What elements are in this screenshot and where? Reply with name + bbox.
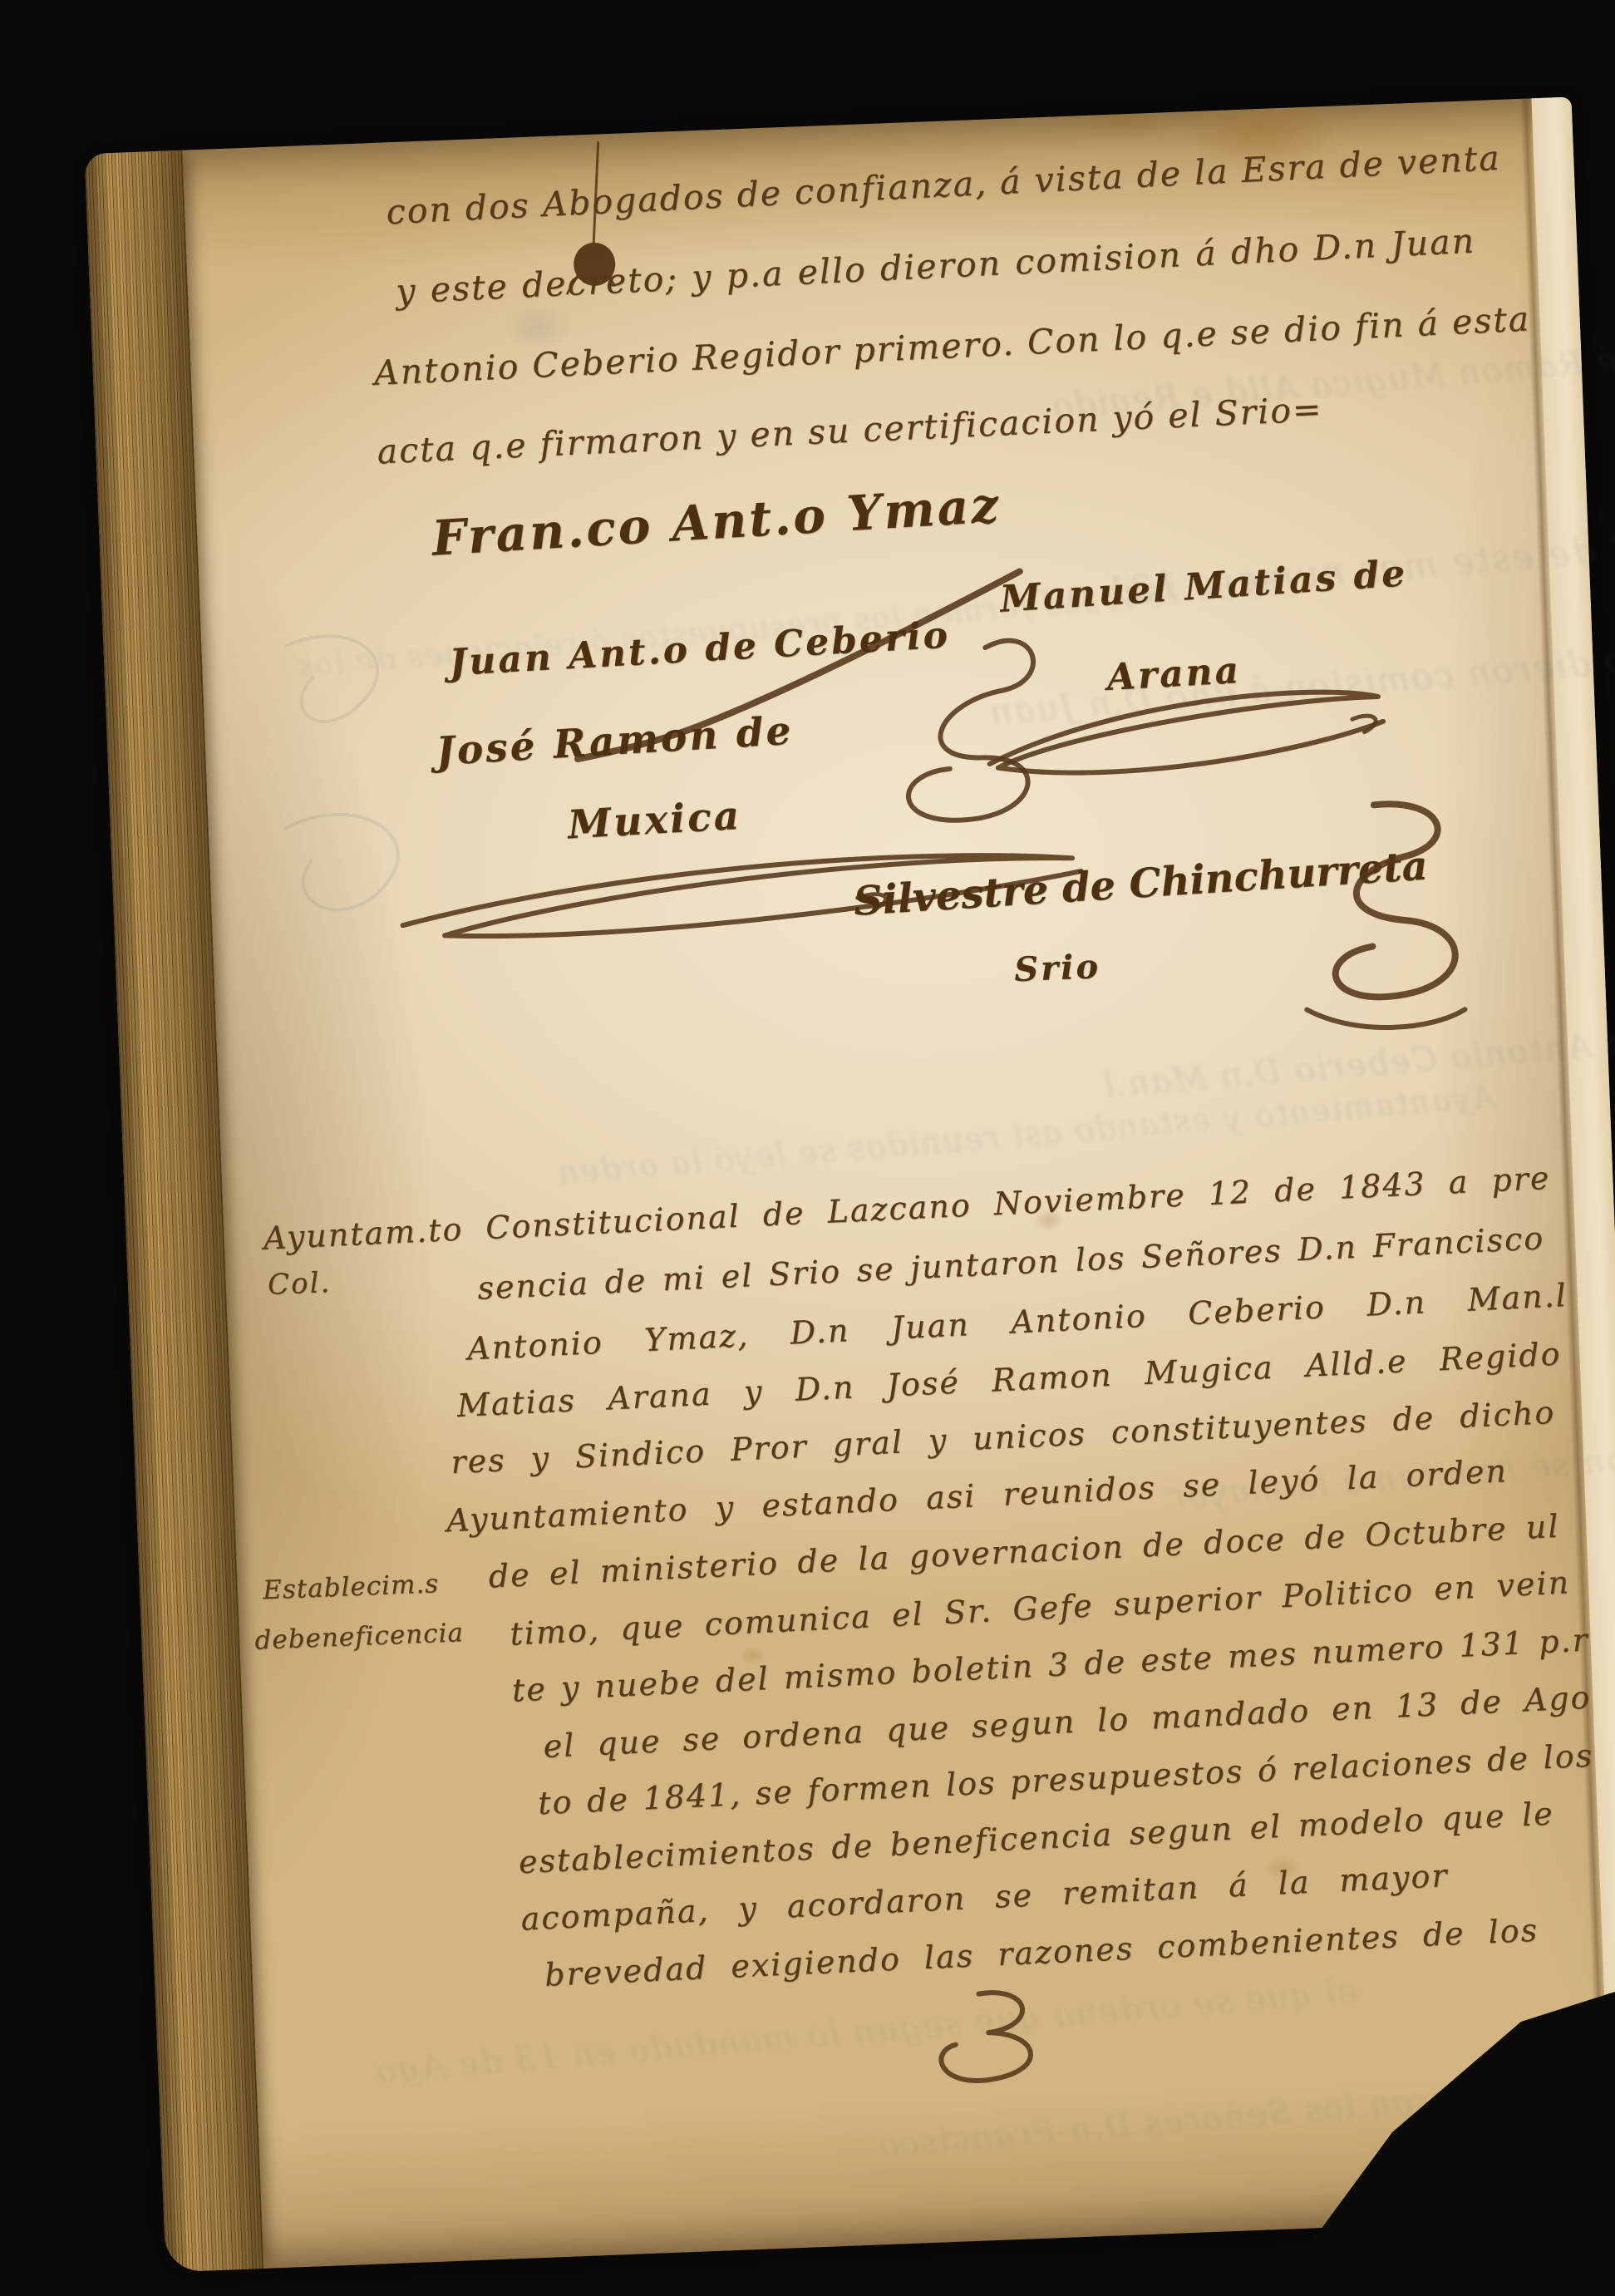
- signature-chinchurreta-title: Srio: [1013, 948, 1100, 988]
- signature-ymaz: Fran.co Ant.o Ymaz: [431, 479, 1002, 565]
- photo-background: { "page": { "description": "Handwritten …: [0, 0, 1615, 2296]
- book-fore-edge: [85, 150, 264, 2273]
- margin-note-col: Col.: [267, 1268, 332, 1301]
- closing-line: Antonio Ceberio Regidor primero. Con lo …: [373, 303, 1480, 392]
- signature-arana-line1: Manuel Matias de: [999, 554, 1409, 620]
- margin-note-establecimiento-line2: debeneficencia: [254, 1619, 465, 1655]
- closing-line: acta q.e firmaron y en su certificacion …: [377, 396, 1209, 471]
- signature-mugica-line2: Muxica: [567, 795, 743, 847]
- pencil-smudge: [252, 605, 481, 963]
- paragraph-end-flourish: [920, 1984, 1066, 2097]
- manuscript-page: Matias Arana y D.n José Ramon Mugica All…: [85, 97, 1615, 2273]
- signature-mugica-line1: José Ramon de: [435, 710, 795, 774]
- chinchurreta-rubric-flourish: [1249, 791, 1491, 1049]
- bleedthrough-text: el que se ordena que segun lo mandado en…: [373, 1972, 1359, 2091]
- adjacent-page-edge: [1531, 97, 1615, 2217]
- closing-line: con dos Abogados de confianza, á vista d…: [386, 140, 1475, 231]
- closing-paragraph: con dos Abogados de confianza, á vista d…: [85, 97, 1572, 155]
- closing-line: y este decreto; y p.a ello dieron comisi…: [395, 222, 1476, 310]
- arana-rubric-flourish: [962, 669, 1406, 810]
- margin-note-establecimiento-line1: Establecim.s: [263, 1569, 440, 1604]
